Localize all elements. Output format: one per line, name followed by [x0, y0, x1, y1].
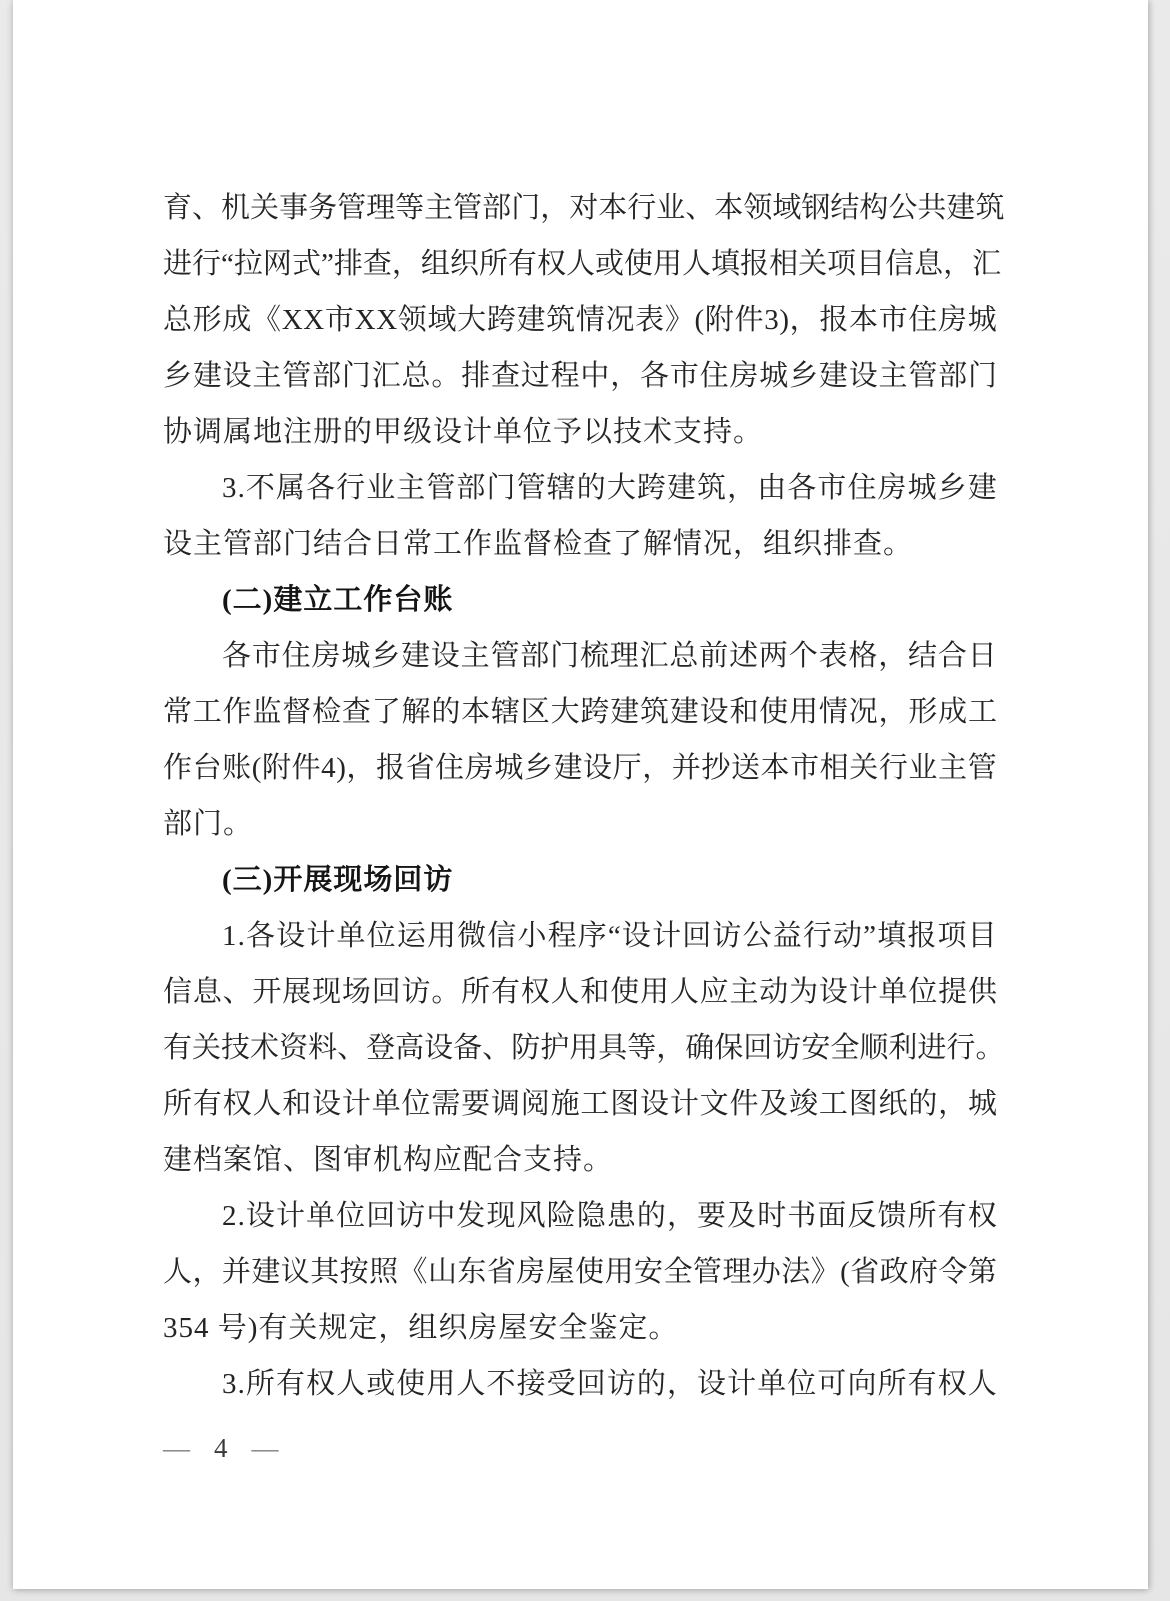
text-line: 2.设计单位回访中发现风险隐患的，要及时书面反馈所有权: [163, 1188, 997, 1244]
text-line: 3.不属各行业主管部门管辖的大跨建筑，由各市住房城乡建: [163, 460, 997, 516]
text-line: 354 号)有关规定，组织房屋安全鉴定。: [163, 1300, 997, 1356]
document-page[interactable]: 育、机关事务管理等主管部门，对本行业、本领域钢结构公共建筑进行“拉网式”排查，组…: [13, 0, 1148, 1589]
text-line: 育、机关事务管理等主管部门，对本行业、本领域钢结构公共建筑: [163, 180, 997, 236]
text-line: 信息、开展现场回访。所有权人和使用人应主动为设计单位提供: [163, 964, 997, 1020]
footer-dash-right: —: [252, 1433, 279, 1464]
section-heading: (三)开展现场回访: [163, 852, 997, 908]
text-line: 有关技术资料、登高设备、防护用具等，确保回访安全顺利进行。: [163, 1020, 997, 1076]
text-line: 各市住房城乡建设主管部门梳理汇总前述两个表格，结合日: [163, 628, 997, 684]
text-line: 常工作监督检查了解的本辖区大跨建筑建设和使用情况，形成工: [163, 684, 997, 740]
page-number: 4: [214, 1433, 228, 1464]
text-line: 作台账(附件4)，报省住房城乡建设厅，并抄送本市相关行业主管: [163, 740, 997, 796]
footer-dash-left: —: [163, 1433, 190, 1464]
text-line: 所有权人和设计单位需要调阅施工图设计文件及竣工图纸的，城: [163, 1076, 997, 1132]
section-heading: (二)建立工作台账: [163, 572, 997, 628]
text-line: 设主管部门结合日常工作监督检查了解情况，组织排查。: [163, 516, 997, 572]
text-line: 1.各设计单位运用微信小程序“设计回访公益行动”填报项目: [163, 908, 997, 964]
text-line: 3.所有权人或使用人不接受回访的，设计单位可向所有权人: [163, 1356, 997, 1412]
text-line: 进行“拉网式”排查，组织所有权人或使用人填报相关项目信息，汇: [163, 236, 997, 292]
text-line: 协调属地注册的甲级设计单位予以技术支持。: [163, 404, 997, 460]
page-footer: — 4 —: [163, 1420, 279, 1476]
text-line: 乡建设主管部门汇总。排查过程中，各市住房城乡建设主管部门: [163, 348, 997, 404]
text-block: 育、机关事务管理等主管部门，对本行业、本领域钢结构公共建筑进行“拉网式”排查，组…: [163, 180, 997, 1412]
text-line: 总形成《XX市XX领域大跨建筑情况表》(附件3)，报本市住房城: [163, 292, 997, 348]
text-line: 部门。: [163, 796, 997, 852]
text-line: 人，并建议其按照《山东省房屋使用安全管理办法》(省政府令第: [163, 1244, 997, 1300]
text-line: 建档案馆、图审机构应配合支持。: [163, 1132, 997, 1188]
